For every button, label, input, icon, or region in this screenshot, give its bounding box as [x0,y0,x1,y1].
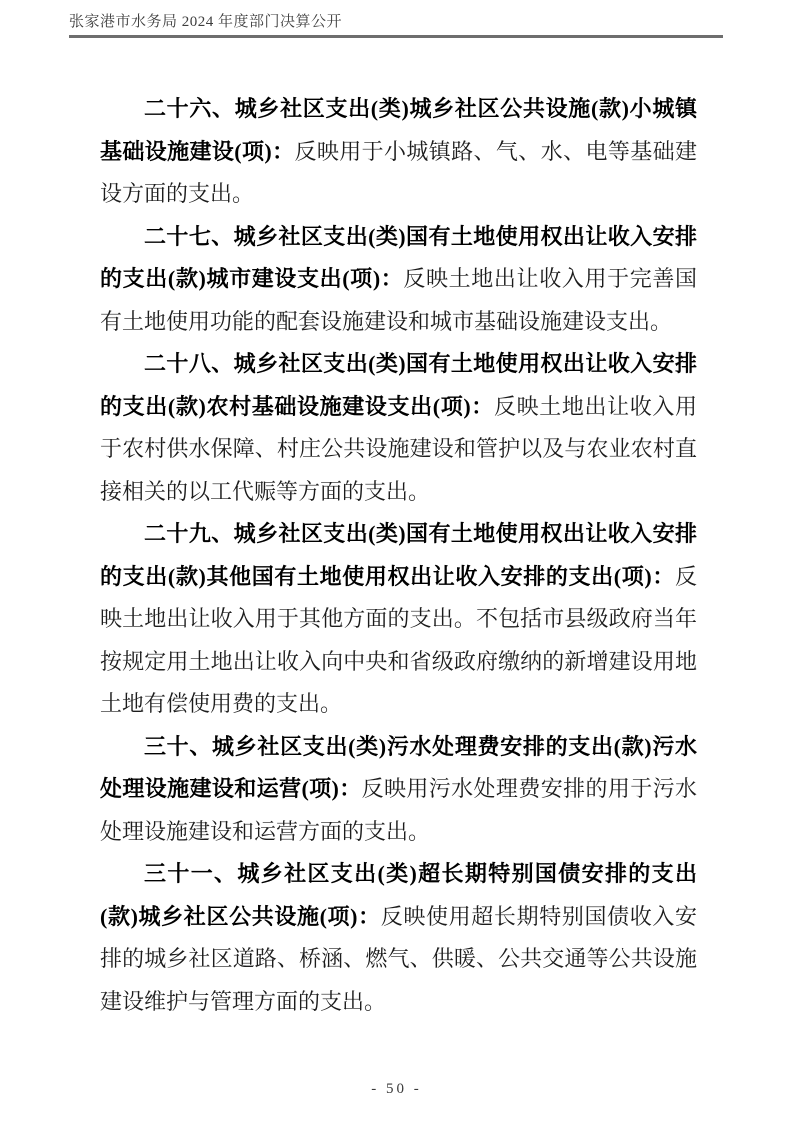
page-footer: - 50 - [0,1080,793,1098]
paragraph-29: 二十九、城乡社区支出(类)国有土地使用权出让收入安排的支出(款)其他国有土地使用… [100,513,697,726]
page-header: 张家港市水务局 2024 年度部门决算公开 [69,12,723,38]
paragraph-26: 二十六、城乡社区支出(类)城乡社区公共设施(款)小城镇基础设施建设(项)：反映用… [100,88,697,216]
page-number: - 50 - [371,1081,422,1097]
document-body: 二十六、城乡社区支出(类)城乡社区公共设施(款)小城镇基础设施建设(项)：反映用… [100,88,697,1023]
paragraph-30: 三十、城乡社区支出(类)污水处理费安排的支出(款)污水处理设施建设和运营(项)：… [100,726,697,854]
paragraph-29-lead: 二十九、城乡社区支出(类)国有土地使用权出让收入安排的支出(款)其他国有土地使用… [100,521,697,589]
paragraph-28: 二十八、城乡社区支出(类)国有土地使用权出让收入安排的支出(款)农村基础设施建设… [100,343,697,513]
header-title: 张家港市水务局 2024 年度部门决算公开 [69,12,723,32]
paragraph-27: 二十七、城乡社区支出(类)国有土地使用权出让收入安排的支出(款)城市建设支出(项… [100,216,697,344]
paragraph-31: 三十一、城乡社区支出(类)超长期特别国债安排的支出(款)城乡社区公共设施(项)：… [100,853,697,1023]
header-rule [69,35,723,38]
document-page: 张家港市水务局 2024 年度部门决算公开 二十六、城乡社区支出(类)城乡社区公… [0,0,793,1122]
